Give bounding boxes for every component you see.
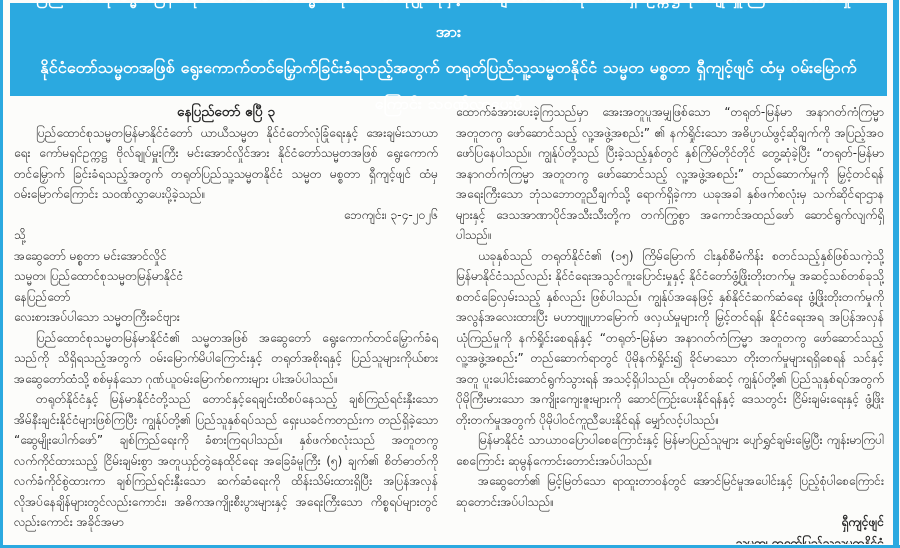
signature-name: ရှီကျင့်ဖျင်	[456, 512, 884, 533]
body-paragraph-3: တရုတ်နိုင်ငံနှင့် မြန်မာနိုင်ငံတို့သည် တ…	[14, 389, 438, 533]
page-border-right	[893, 0, 899, 548]
place-date-line: ဘေကျင်း၊ ၃-၄-၂၀၂၆	[14, 205, 438, 226]
headline-banner: ပြည်ထောင်စုသမ္မတမြန်မာနိုင်ငံတော် ယာယီသမ…	[10, 3, 887, 96]
salutation-line: လေးစားအပ်ပါသော သမ္မတကြီးခင်ဗျား	[14, 307, 438, 328]
signature-title: သမ္မတ၊ တရုတ်ပြည်သူ့သမ္မတနိုင်ငံ	[456, 533, 884, 545]
recipient-city: နေပြည်တော်	[14, 287, 438, 308]
page-border-left	[0, 0, 3, 548]
newspaper-clipping: ပြည်ထောင်စုသမ္မတမြန်မာနိုင်ငံတော် ယာယီသမ…	[0, 0, 900, 548]
recipient-title: သမ္မတ၊ ပြည်ထောင်စုသမ္မတမြန်မာနိုင်ငံ	[14, 266, 438, 287]
headline-line-1: ပြည်ထောင်စုသမ္မတမြန်မာနိုင်ငံတော် ယာယီသမ…	[26, 0, 871, 50]
body-paragraph-3-continued: ထောက်ခံအားပေးခဲ့ကြသည်မှာ အေးအတူပူအမျှဖြစ…	[456, 102, 884, 246]
address-to-line: သို့	[14, 225, 438, 246]
dateline-heading: နေပြည်တော် ဧပြီ ၃	[14, 102, 438, 123]
body-paragraph-2: ပြည်ထောင်စုသမ္မတမြန်မာနိုင်ငံ၏ သမ္မတအဖြစ…	[14, 328, 438, 390]
body-paragraph-4: ယခုနှစ်သည် တရုတ်နိုင်ငံ၏ (၁၅) ကြိမ်မြောက…	[456, 246, 884, 431]
lead-paragraph: ပြည်ထောင်စုသမ္မတမြန်မာနိုင်ငံတော် ယာယီသမ…	[14, 123, 438, 205]
body-paragraph-5: မြန်မာနိုင်ငံ သာယာဝပြောပါစေကြောင်းနှင့် …	[456, 430, 884, 471]
article-column-left: နေပြည်တော် ဧပြီ ၃ ပြည်ထောင်စုသမ္မတမြန်မာ…	[14, 102, 438, 544]
recipient-name: အဆွေတော် မစ္စတာ မင်းအောင်လှိုင်	[14, 246, 438, 267]
body-paragraph-6: အဆွေတော်၏ မြင့်မြတ်သော ရာထူးတာဝန်တွင် အေ…	[456, 471, 884, 512]
article-column-right: ထောက်ခံအားပေးခဲ့ကြသည်မှာ အေးအတူပူအမျှဖြစ…	[456, 102, 884, 544]
